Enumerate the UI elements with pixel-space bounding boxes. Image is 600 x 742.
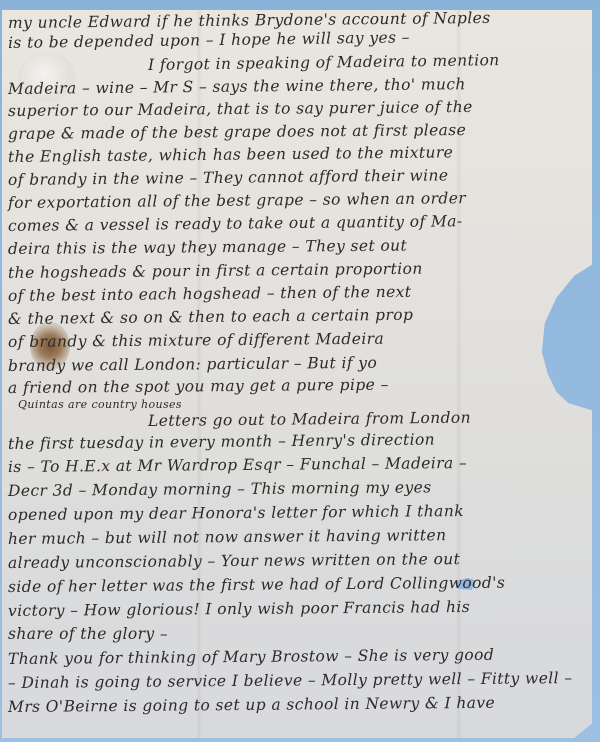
text-line: deira this is the way they manage – They… bbox=[8, 237, 407, 258]
text-line: Decr 3d – Monday morning – This morning … bbox=[8, 478, 432, 500]
text-line: brandy we call London: particular – But … bbox=[8, 354, 377, 375]
text-line: a friend on the spot you may get a pure … bbox=[8, 376, 389, 397]
text-line: her much – but will not now answer it ha… bbox=[8, 526, 447, 548]
text-line: Letters go out to Madeira from London bbox=[148, 409, 471, 430]
annotation-line: Quintas are country houses bbox=[18, 398, 182, 411]
text-line: of brandy & this mixture of different Ma… bbox=[8, 330, 384, 351]
text-line: share of the glory – bbox=[8, 625, 168, 643]
